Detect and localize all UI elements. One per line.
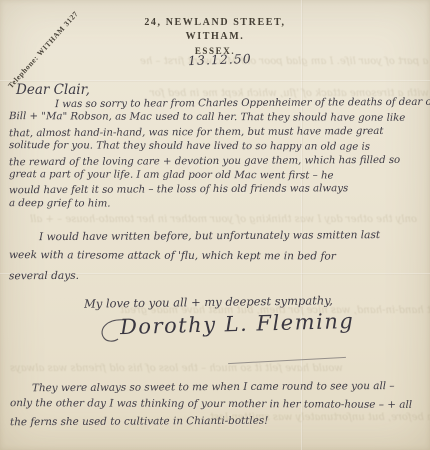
- postscript: They were always so sweet to me when I c…: [10, 379, 428, 429]
- signature: Dorothy L. Fleming: [120, 309, 355, 339]
- paragraph-2: I would have written before, but unfortu…: [9, 227, 427, 286]
- letterhead-town: WITHAM.: [0, 30, 430, 44]
- letter-page: great a part of your life. I am glad poo…: [0, 0, 430, 450]
- handwritten-line: several days.: [9, 265, 427, 287]
- handwritten-line: I would have written before, but unfortu…: [39, 226, 427, 248]
- handwritten-line: only the other day I was thinking of you…: [10, 395, 428, 414]
- handwritten-line: the ferns she used to cultivate in Chian…: [10, 411, 428, 430]
- salutation: Dear Clair,: [16, 82, 90, 98]
- signature-underline: [228, 357, 346, 364]
- letter-date: 13.12.50: [188, 51, 252, 68]
- handwritten-line: a deep grief to him.: [9, 197, 427, 213]
- show-through-text: only the other day I was thinking of you…: [30, 214, 417, 225]
- paragraph-1: I was so sorry to hear from Charles Oppe…: [9, 97, 427, 212]
- handwritten-line: They were always so sweet to me when I c…: [32, 378, 428, 397]
- letterhead-street: 24, NEWLAND STREET,: [0, 16, 430, 30]
- show-through-text: would have felt it so much – the loss of…: [10, 363, 343, 374]
- closing-line: My love to you all + my deepest sympathy…: [84, 293, 333, 310]
- handwritten-line: week with a tiresome attack of 'flu, whi…: [9, 246, 427, 267]
- handwritten-line: solitude for you. That they should have …: [9, 139, 427, 155]
